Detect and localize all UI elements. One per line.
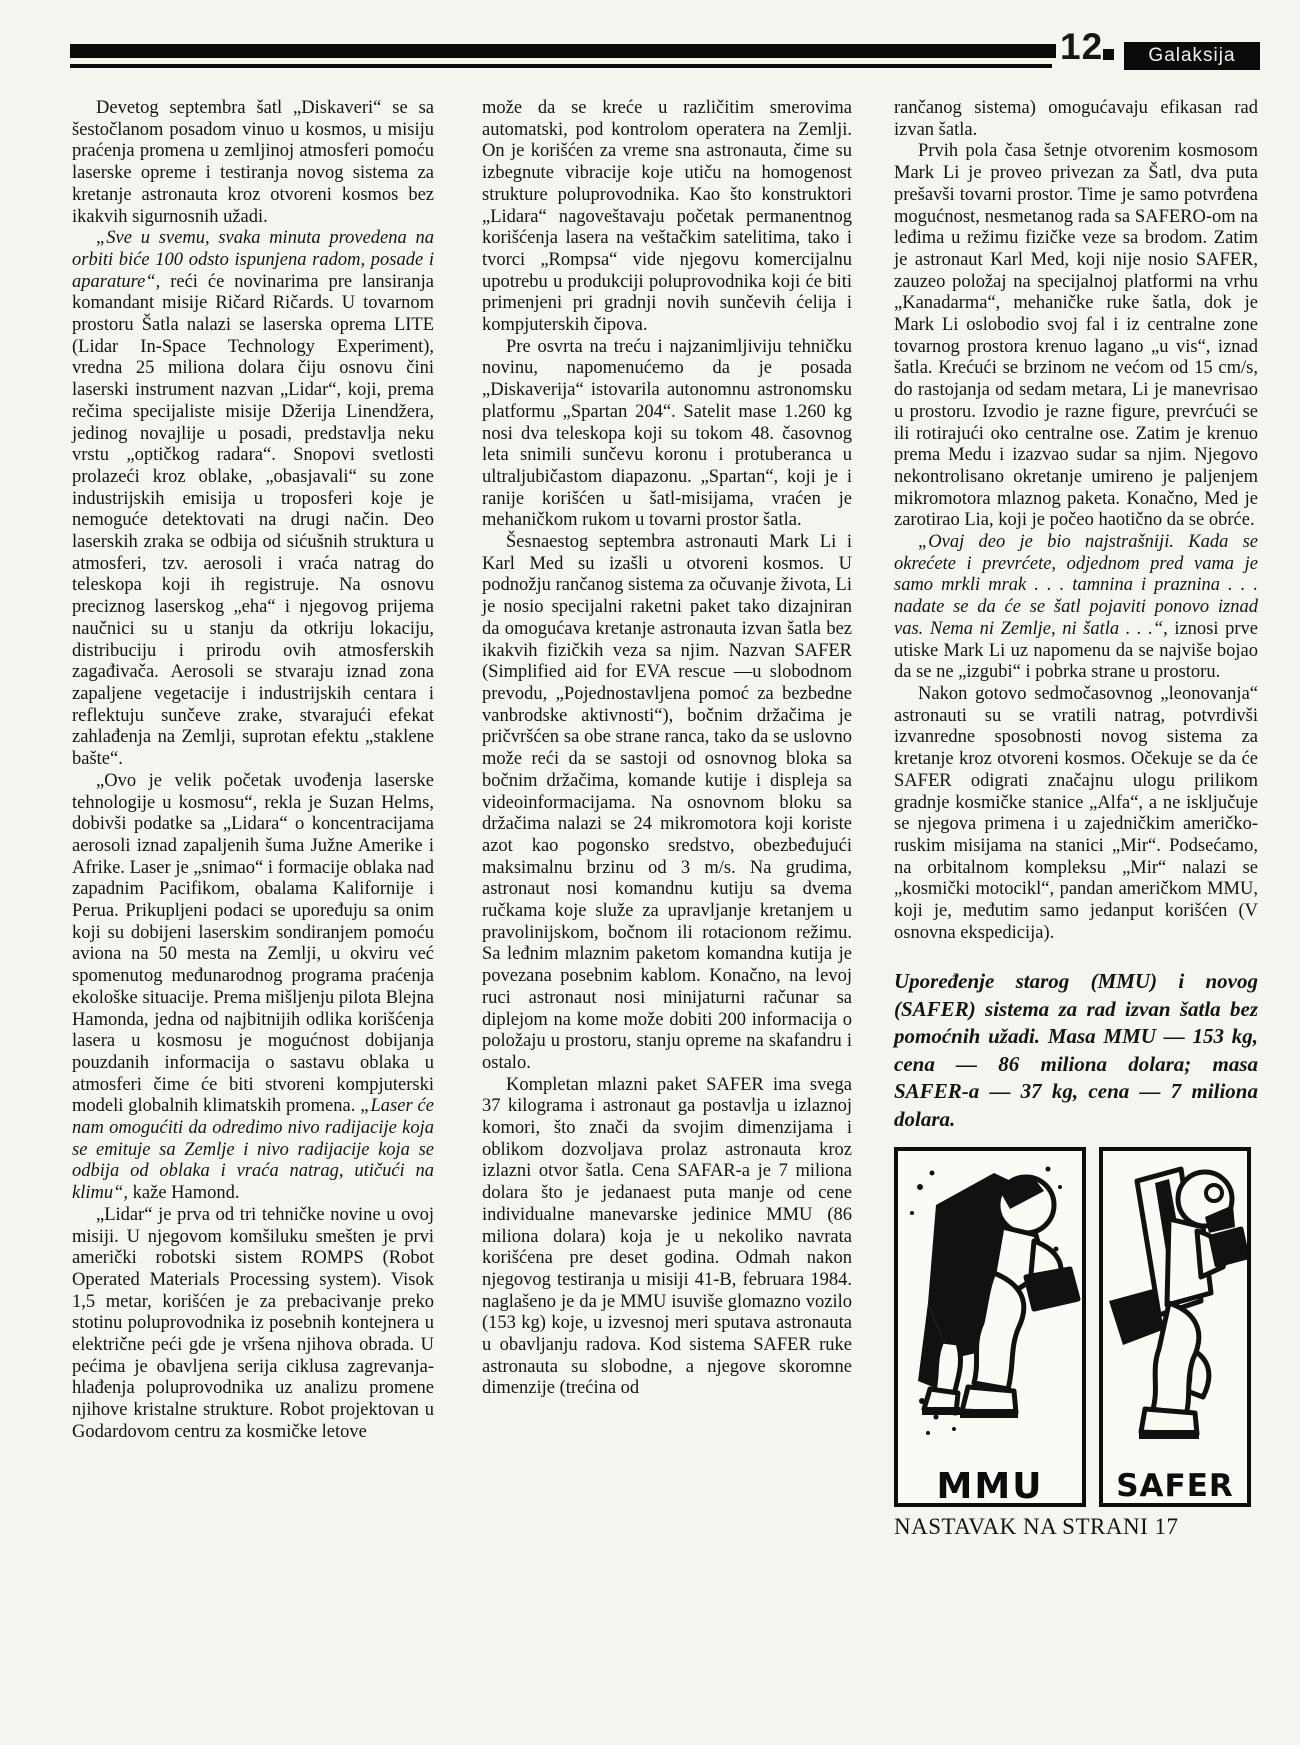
article-paragraph: Pre osvrta na treću i najzanimljiviju te… (482, 337, 852, 532)
safer-figure-box: SAFER (1099, 1147, 1251, 1507)
article-paragraph: rančanog sistema) omogućavaju efikasan r… (894, 98, 1258, 141)
article-paragraph: Prvih pola časa šetnje otvorenim kosmoso… (894, 141, 1258, 532)
figure-caption: Upoređenje starog (MMU) i novog (SAFER) … (894, 968, 1258, 1133)
article-paragraph: Kompletan mlazni paket SAFER ima svega 3… (482, 1075, 852, 1401)
mmu-label: MMU (898, 1476, 1082, 1498)
article-paragraph: može da se kreće u različitim smerovima … (482, 98, 852, 337)
safer-astronaut-drawing (1103, 1153, 1247, 1449)
safer-label: SAFER (1103, 1476, 1247, 1498)
magazine-badge: Galaksija (1124, 42, 1260, 70)
header-rule-thick (70, 44, 1056, 58)
comparison-figure: MMU SAFER (894, 1147, 1258, 1507)
page-number: 12 (1060, 26, 1103, 68)
article-paragraph: „Ovo je velik početak uvođenja laserske … (72, 771, 434, 1205)
article-column-2: može da se kreće u različitim smerovima … (482, 98, 852, 1400)
article-paragraph: Devetog septembra šatl „Diskaveri“ se sa… (72, 98, 434, 228)
article-paragraph: Šesnaestog septembra astronauti Mark Li … (482, 532, 852, 1075)
article-paragraph: „Ovaj deo je bio najstrašniji. Kada se o… (894, 532, 1258, 684)
article-paragraph: „Sve u svemu, svaka minuta provedena na … (72, 228, 434, 771)
article-paragraph: „Lidar“ je prva od tri tehničke novine u… (72, 1205, 434, 1444)
article-paragraph: Nakon gotovo sedmočasovnog „leonovanja“ … (894, 684, 1258, 944)
bullet-square-icon (1103, 49, 1114, 60)
magazine-name: Galaksija (1148, 45, 1235, 67)
magazine-page: { "header": { "page_number": "12", "maga… (0, 0, 1300, 1745)
continuation-note: NASTAVAK NA STRANI 17 (894, 1516, 1258, 1538)
mmu-astronaut-drawing (898, 1153, 1082, 1449)
header-rule-thin (70, 64, 1052, 68)
article-column-3-text: rančanog sistema) omogućavaju efikasan r… (894, 98, 1258, 944)
article-column-3: rančanog sistema) omogućavaju efikasan r… (894, 98, 1258, 1538)
mmu-figure-box: MMU (894, 1147, 1086, 1507)
article-column-1: Devetog septembra šatl „Diskaveri“ se sa… (72, 98, 434, 1444)
